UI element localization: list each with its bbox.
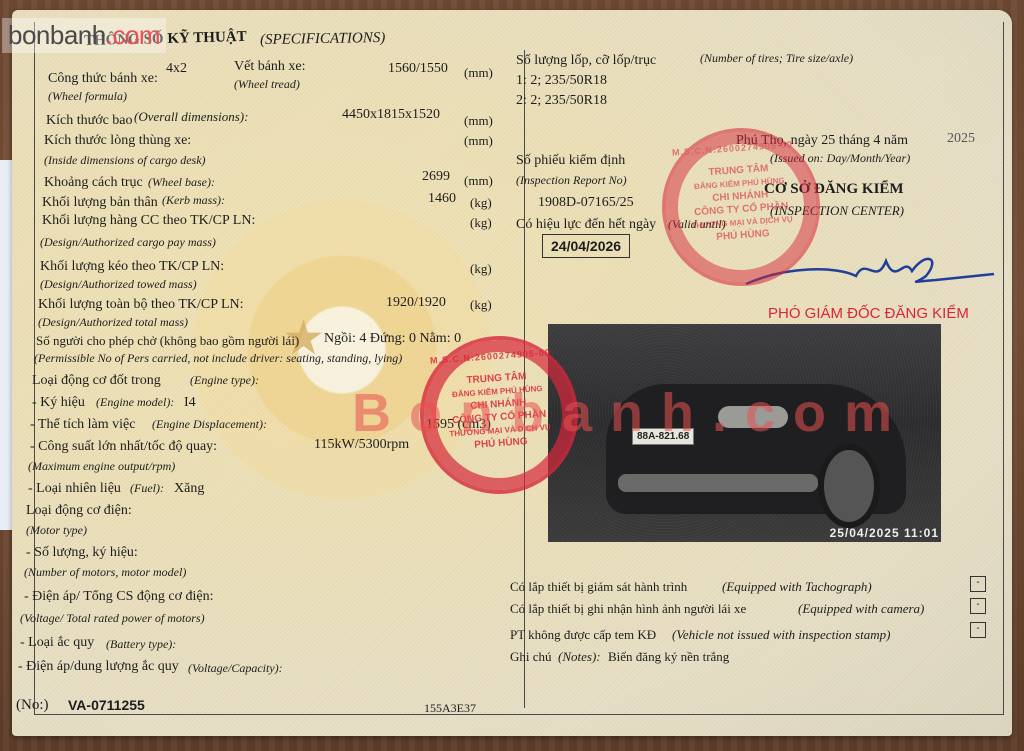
- tires-label-en: (Number of tires; Tire size/axle): [700, 52, 853, 64]
- valid-label: Có hiệu lực đến hết ngày: [516, 218, 656, 232]
- overall-dimensions-unit: (mm): [464, 114, 493, 127]
- fuel-label-en: (Fuel):: [130, 482, 164, 494]
- notes-value: Biển đăng ký nền trắng: [608, 650, 729, 663]
- towed-mass-unit: (kg): [470, 262, 492, 275]
- displacement-label-en: (Engine Displacement):: [152, 418, 267, 430]
- motor-voltage-label: - Điện áp/ Tổng CS động cơ điện:: [24, 590, 214, 604]
- serial-number: 155A3E37: [424, 702, 476, 714]
- notes-label-en: (Notes):: [558, 650, 601, 663]
- overall-dimensions-label-en: (Overall dimensions):: [134, 110, 248, 123]
- motor-count-label: - Số lượng, ký hiệu:: [26, 546, 138, 560]
- motor-voltage-label-en: (Voltage/ Total rated power of motors): [20, 612, 205, 624]
- cargo-dimensions-unit: (mm): [464, 134, 493, 147]
- valid-date-box: 24/04/2026: [542, 234, 630, 258]
- wheel-formula-value: 4x2: [166, 62, 187, 76]
- wheel-formula-label: Công thức bánh xe:: [48, 72, 158, 86]
- tire-row-1: 1: 2; 235/50R18: [516, 74, 607, 88]
- issued-year: 2025: [947, 132, 975, 146]
- towed-mass-label-en: (Design/Authorized towed mass): [40, 278, 197, 290]
- report-label: Số phiếu kiểm định: [516, 154, 625, 168]
- engine-model-label-en: (Engine model):: [96, 396, 174, 408]
- site-logo-prefix: bonbanh: [8, 20, 106, 50]
- notes-label: Ghi chú: [510, 650, 552, 663]
- cargo-dimensions-label-en: (Inside dimensions of cargo desk): [44, 154, 206, 166]
- site-logo-suffix: .com: [106, 20, 160, 50]
- engine-type-label-en: (Engine type):: [190, 374, 259, 386]
- towed-mass-label: Khối lượng kéo theo TK/CP LN:: [40, 260, 224, 274]
- overall-dimensions-label: Kích thước bao: [46, 114, 133, 128]
- kerb-mass-value: 1460: [428, 192, 456, 206]
- signer-title: PHÓ GIÁM ĐỐC ĐĂNG KIỂM: [768, 306, 969, 321]
- wheel-base-unit: (mm): [464, 174, 493, 187]
- check-stamp-label-en: (Vehicle not issued with inspection stam…: [672, 628, 890, 641]
- max-output-label-en: (Maximum engine output/rpm): [28, 460, 175, 472]
- photo-timestamp: 25/04/2025 11:01: [830, 526, 939, 540]
- battery-capacity-label-en: (Voltage/Capacity):: [188, 662, 283, 674]
- motor-count-label-en: (Number of motors, motor model): [24, 566, 186, 578]
- kerb-mass-unit: (kg): [470, 196, 492, 209]
- wheel-tread-value: 1560/1550: [388, 62, 448, 76]
- total-mass-label: Khối lượng toàn bộ theo TK/CP LN:: [38, 298, 244, 312]
- total-mass-unit: (kg): [470, 298, 492, 311]
- doc-no-label: (No:): [16, 698, 49, 713]
- max-output-label: - Công suất lớn nhất/tốc độ quay:: [30, 440, 217, 454]
- engine-model-label: - Ký hiệu: [32, 396, 85, 410]
- check-camera-label: Có lắp thiết bị ghi nhận hình ảnh người …: [510, 602, 746, 615]
- doc-no-value: VA-0711255: [68, 698, 145, 712]
- tachograph-checkbox: -: [970, 576, 986, 592]
- report-label-en: (Inspection Report No): [516, 174, 627, 186]
- check-tachograph-label: Có lắp thiết bị giám sát hành trình: [510, 580, 687, 593]
- stamp-checkbox: -: [970, 622, 986, 638]
- engine-type-label: Loại động cơ đốt trong: [32, 374, 161, 388]
- battery-type-label-en: (Battery type):: [106, 638, 176, 650]
- persons-value: Ngồi: 4 Đứng: 0 Nằm: 0: [324, 332, 461, 346]
- wheel-tread-label-en: (Wheel tread): [234, 78, 300, 90]
- persons-label-en: (Permissible No of Pers carried, not inc…: [34, 352, 402, 364]
- battery-type-label: - Loại ắc quy: [20, 636, 94, 650]
- tires-label: Số lượng lốp, cỡ lốp/trục: [516, 54, 656, 68]
- vehicle-wheel: [818, 444, 880, 528]
- inspection-certificate: ★ THÔNG SỐ KỸ THUẬT (SPECIFICATIONS) Côn…: [12, 10, 1012, 736]
- cargo-mass-label-en: (Design/Authorized cargo pay mass): [40, 236, 216, 248]
- specs-heading-en: (SPECIFICATIONS): [260, 31, 386, 48]
- cargo-mass-label: Khối lượng hàng CC theo TK/CP LN:: [42, 214, 255, 228]
- check-stamp-label: PT không được cấp tem KĐ: [510, 628, 656, 641]
- vehicle-bumper: [618, 474, 818, 492]
- fuel-label: - Loại nhiên liệu: [28, 482, 121, 496]
- check-camera-label-en: (Equipped with camera): [798, 602, 924, 615]
- kerb-mass-label-en: (Kerb mass):: [162, 194, 225, 206]
- total-mass-value: 1920/1920: [386, 296, 446, 310]
- battery-capacity-label: - Điện áp/dung lượng ắc quy: [18, 660, 179, 674]
- persons-label: Số người cho phép chở (không bao gồm ngư…: [36, 334, 299, 347]
- wheel-tread-label: Vết bánh xe:: [234, 60, 306, 74]
- watermark-overlay: Bonbanh.com: [352, 382, 910, 444]
- total-mass-label-en: (Design/Authorized total mass): [38, 316, 188, 328]
- kerb-mass-label: Khối lượng bản thân: [42, 196, 158, 210]
- camera-checkbox: -: [970, 598, 986, 614]
- fuel-value: Xăng: [174, 482, 204, 496]
- cargo-mass-unit: (kg): [470, 216, 492, 229]
- wheel-tread-unit: (mm): [464, 66, 493, 79]
- engine-model-value: I4: [184, 396, 196, 410]
- wheel-base-label: Khoảng cách trục: [44, 176, 143, 190]
- wheel-base-label-en: (Wheel base):: [148, 176, 215, 188]
- check-tachograph-label-en: (Equipped with Tachograph): [722, 580, 872, 593]
- motor-type-label-en: (Motor type): [26, 524, 87, 536]
- overall-dimensions-value: 4450x1815x1520: [342, 108, 440, 122]
- report-value: 1908D-07165/25: [538, 196, 634, 210]
- tire-row-2: 2: 2; 235/50R18: [516, 94, 607, 108]
- motor-type-label: Loại động cơ điện:: [26, 504, 132, 518]
- displacement-label: - Thể tích làm việc: [30, 418, 135, 432]
- wheel-base-value: 2699: [422, 170, 450, 184]
- site-logo-watermark: bonbanh.com: [2, 18, 166, 53]
- cargo-dimensions-label: Kích thước lòng thùng xe:: [44, 134, 191, 148]
- wheel-formula-label-en: (Wheel formula): [48, 90, 127, 102]
